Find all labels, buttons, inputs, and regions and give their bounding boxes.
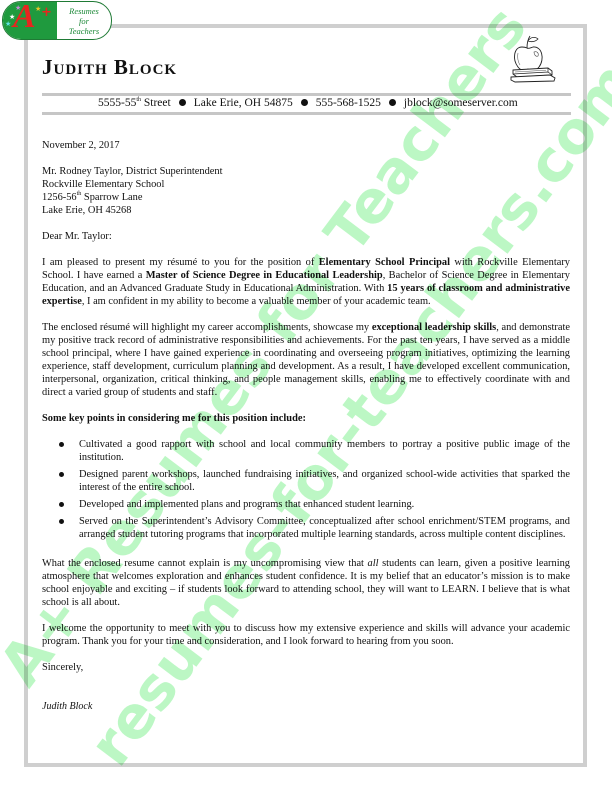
apple-on-books-icon bbox=[508, 33, 558, 83]
page-frame-left bbox=[24, 24, 28, 767]
paragraph-philosophy: What the enclosed resume cannot explain … bbox=[42, 557, 570, 609]
bullet-icon bbox=[59, 519, 64, 524]
letter-body: November 2, 2017 Mr. Rodney Taylor, Dist… bbox=[42, 139, 570, 713]
key-points-heading: Some key points in considering me for th… bbox=[42, 412, 570, 425]
bullet-separator-icon bbox=[301, 99, 308, 106]
logo-plus: + bbox=[41, 5, 52, 20]
applicant-name: Judith Block bbox=[42, 55, 177, 80]
bullet-icon bbox=[59, 472, 64, 477]
page-frame-bottom bbox=[24, 763, 587, 767]
logo-line-3: Teachers bbox=[69, 26, 99, 36]
resumes-for-teachers-logo: ★ ★ ★ ★ ★ A + Resumes for Teachers bbox=[2, 1, 112, 40]
contact-line: 5555-55th StreetLake Erie, OH 54875555-5… bbox=[98, 97, 558, 109]
bullet-icon bbox=[59, 442, 64, 447]
paragraph-intro: I am pleased to present my résumé to you… bbox=[42, 256, 570, 308]
paragraph-experience: The enclosed résumé will highlight my ca… bbox=[42, 321, 570, 399]
contact-city: Lake Erie, OH 54875 bbox=[194, 97, 293, 109]
recipient-line-3: 1256-56th Sparrow Lane bbox=[42, 191, 570, 204]
bullet-separator-icon bbox=[179, 99, 186, 106]
list-item: Cultivated a good rapport with school an… bbox=[42, 438, 570, 464]
page-frame-right bbox=[583, 24, 587, 767]
recipient-line-1: Mr. Rodney Taylor, District Superintende… bbox=[42, 165, 570, 178]
signature: Judith Block bbox=[42, 700, 570, 713]
closing: Sincerely, bbox=[42, 661, 570, 674]
logo-line-2: for bbox=[79, 16, 89, 26]
logo-line-1: Resumes bbox=[69, 6, 99, 16]
letter-date: November 2, 2017 bbox=[42, 139, 570, 152]
key-points-list: Cultivated a good rapport with school an… bbox=[42, 438, 570, 541]
salutation: Dear Mr. Taylor: bbox=[42, 230, 570, 243]
recipient-line-2: Rockville Elementary School bbox=[42, 178, 570, 191]
contact-email[interactable]: jblock@someserver.com bbox=[404, 97, 518, 109]
bullet-separator-icon bbox=[389, 99, 396, 106]
recipient-address: Mr. Rodney Taylor, District Superintende… bbox=[42, 165, 570, 217]
star-icon: ★ bbox=[5, 21, 11, 28]
list-item: Designed parent workshops, launched fund… bbox=[42, 468, 570, 494]
logo-text: Resumes for Teachers bbox=[57, 2, 111, 39]
paragraph-closing: I welcome the opportunity to meet with y… bbox=[42, 622, 570, 648]
header-rule-bottom bbox=[42, 112, 571, 115]
header-rule-top bbox=[42, 93, 571, 96]
logo-mark: ★ ★ ★ ★ ★ A + bbox=[3, 2, 57, 39]
contact-phone: 555-568-1525 bbox=[316, 97, 381, 109]
list-item: Served on the Superintendent’s Advisory … bbox=[42, 515, 570, 541]
bullet-icon bbox=[59, 502, 64, 507]
logo-a: A bbox=[13, 1, 36, 34]
contact-street: 5555-55th Street bbox=[98, 97, 171, 109]
recipient-line-4: Lake Erie, OH 45268 bbox=[42, 204, 570, 217]
list-item: Developed and implemented plans and prog… bbox=[42, 498, 570, 511]
